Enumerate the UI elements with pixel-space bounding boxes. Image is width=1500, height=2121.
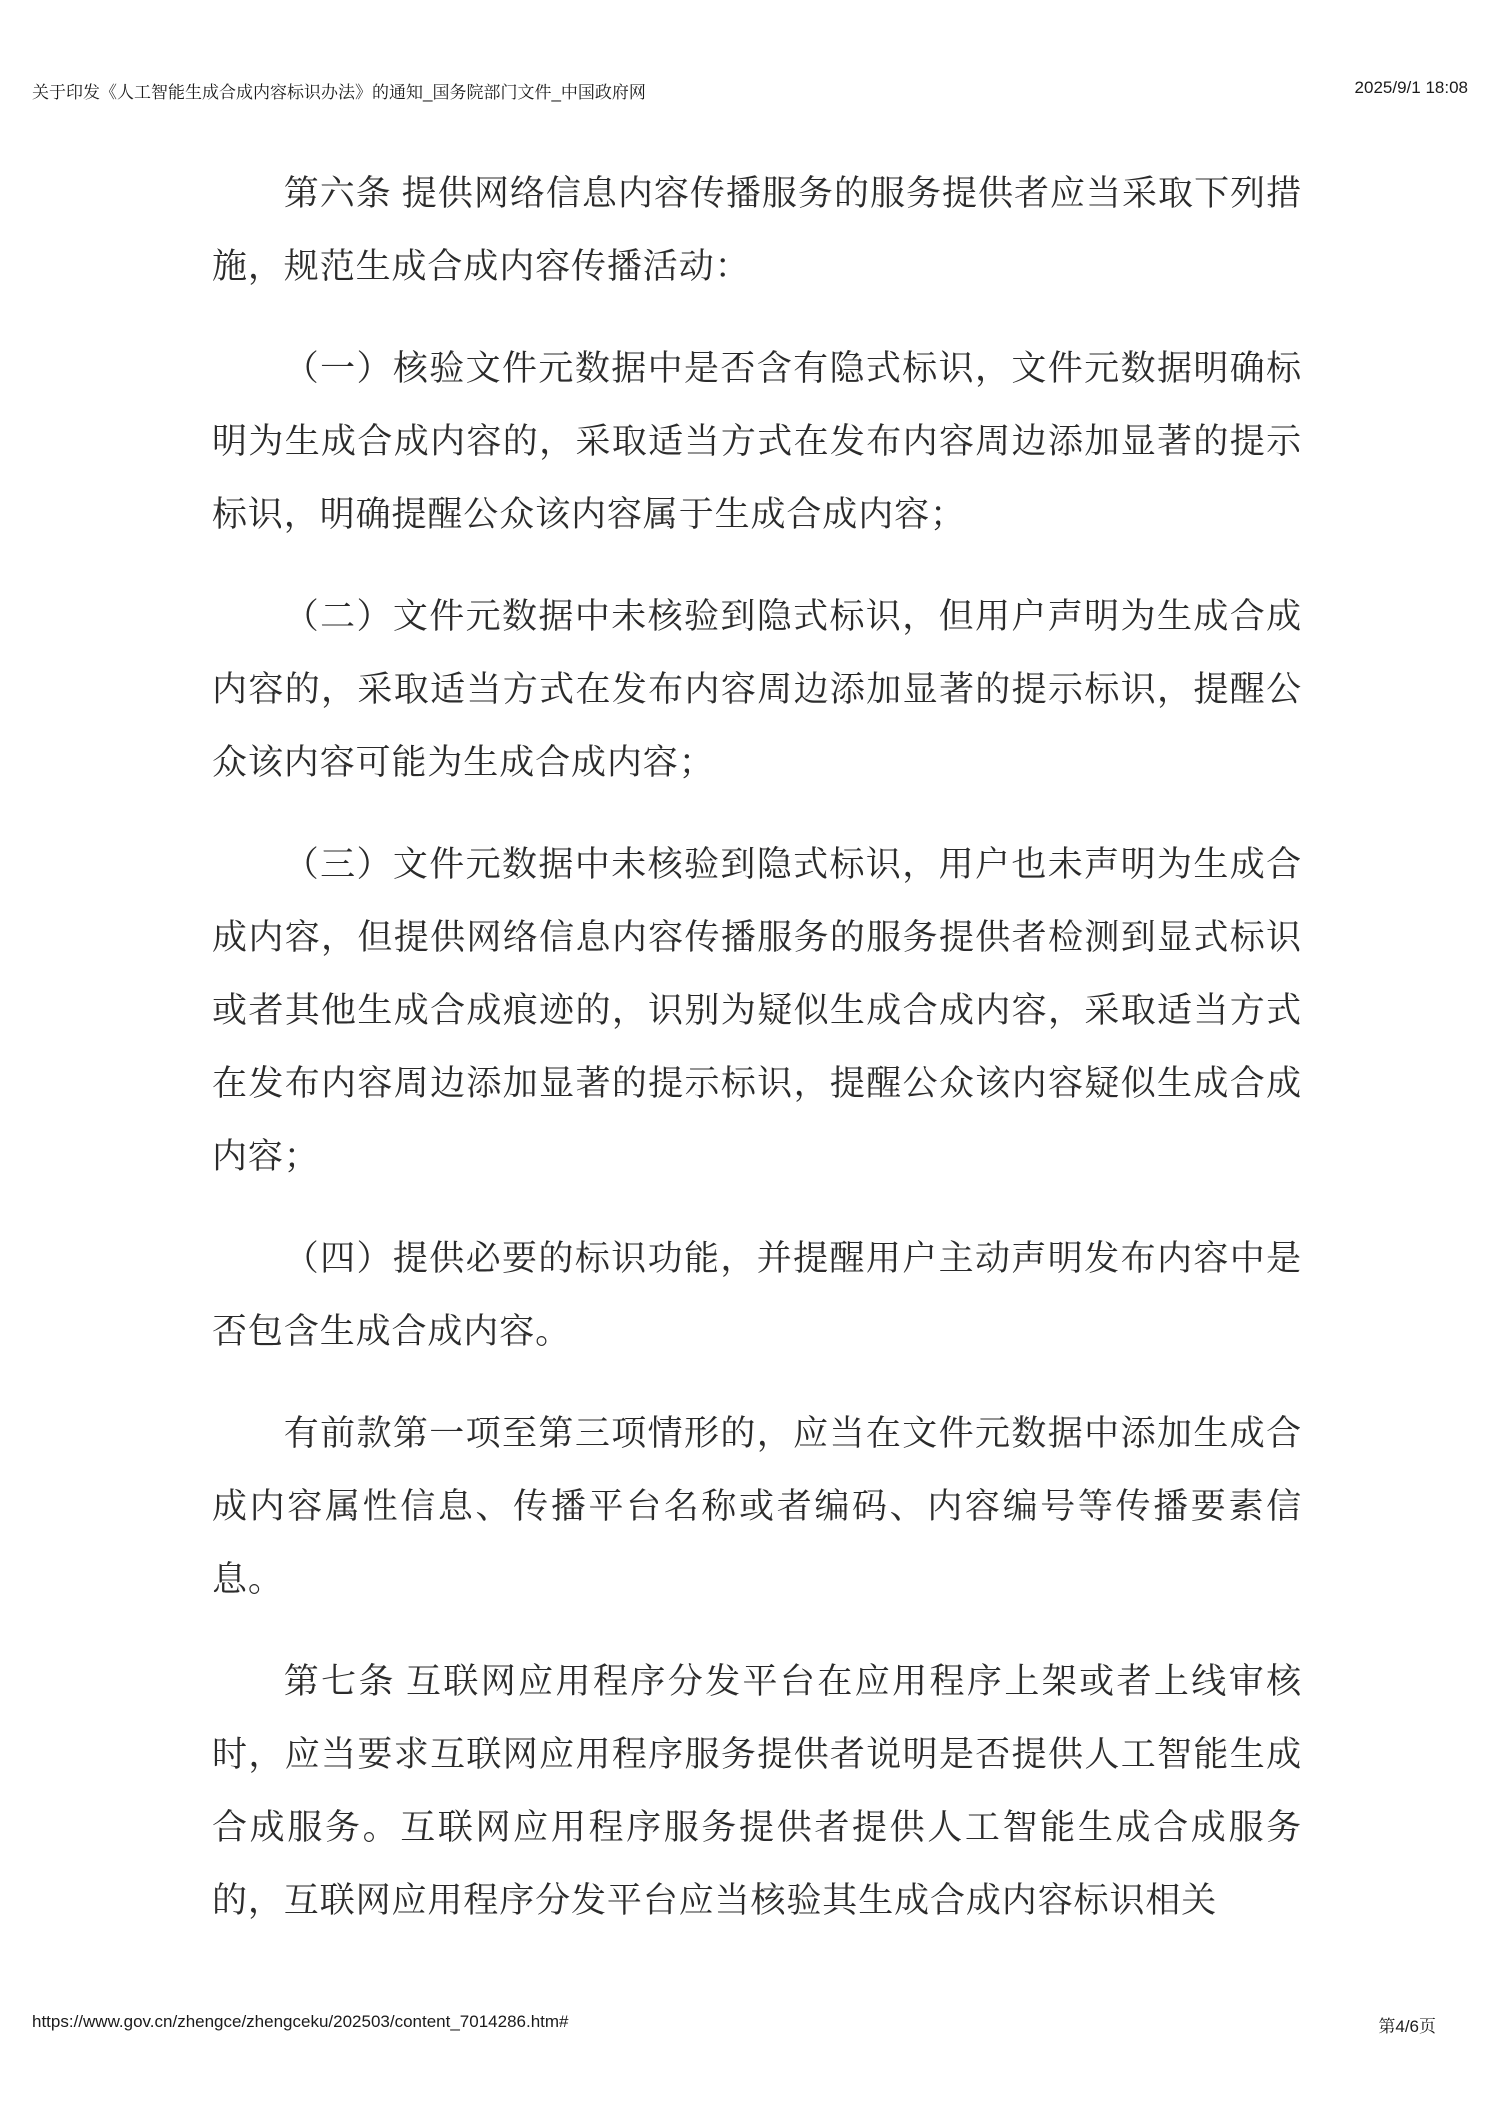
article-6-clause-2: 有前款第一项至第三项情形的，应当在文件元数据中添加生成合成内容属性信息、传播平台… [212, 1398, 1302, 1617]
document-title: 关于印发《人工智能生成合成内容标识办法》的通知_国务院部门文件_中国政府网 [32, 78, 646, 103]
article-6-item-1: （一）核验文件元数据中是否含有隐式标识，文件元数据明确标明为生成合成内容的，采取… [212, 333, 1302, 552]
article-7: 第七条互联网应用程序分发平台在应用程序上架或者上线审核时，应当要求互联网应用程序… [212, 1646, 1302, 1938]
article-6-item-3: （三）文件元数据中未核验到隐式标识，用户也未声明为生成合成内容，但提供网络信息内… [212, 829, 1302, 1194]
article-6-intro: 第六条提供网络信息内容传播服务的服务提供者应当采取下列措施，规范生成合成内容传播… [212, 158, 1302, 304]
article-6-item-2: （二）文件元数据中未核验到隐式标识，但用户声明为生成合成内容的，采取适当方式在发… [212, 581, 1302, 800]
page-indicator: 第4/6页 [1378, 2012, 1436, 2037]
article-number: 第七条 [284, 1662, 396, 1702]
paragraph-text: （四）提供必要的标识功能，并提醒用户主动声明发布内容中是否包含生成合成内容。 [212, 1239, 1302, 1352]
paragraph-text: （三）文件元数据中未核验到隐式标识，用户也未声明为生成合成内容，但提供网络信息内… [212, 845, 1302, 1177]
print-datetime: 2025/9/1 18:08 [1355, 78, 1468, 98]
page-url: https://www.gov.cn/zhengce/zhengceku/202… [32, 2012, 569, 2032]
paragraph-text: （二）文件元数据中未核验到隐式标识，但用户声明为生成合成内容的，采取适当方式在发… [212, 597, 1302, 783]
print-footer: https://www.gov.cn/zhengce/zhengceku/202… [32, 2012, 1468, 2038]
article-number: 第六条 [284, 174, 392, 214]
print-header: 关于印发《人工智能生成合成内容标识办法》的通知_国务院部门文件_中国政府网 20… [32, 78, 1468, 104]
paragraph-text: 有前款第一项至第三项情形的，应当在文件元数据中添加生成合成内容属性信息、传播平台… [212, 1414, 1302, 1600]
paragraph-text: （一）核验文件元数据中是否含有隐式标识，文件元数据明确标明为生成合成内容的，采取… [212, 349, 1302, 535]
document-body: 第六条提供网络信息内容传播服务的服务提供者应当采取下列措施，规范生成合成内容传播… [212, 158, 1302, 1967]
article-6-item-4: （四）提供必要的标识功能，并提醒用户主动声明发布内容中是否包含生成合成内容。 [212, 1223, 1302, 1369]
